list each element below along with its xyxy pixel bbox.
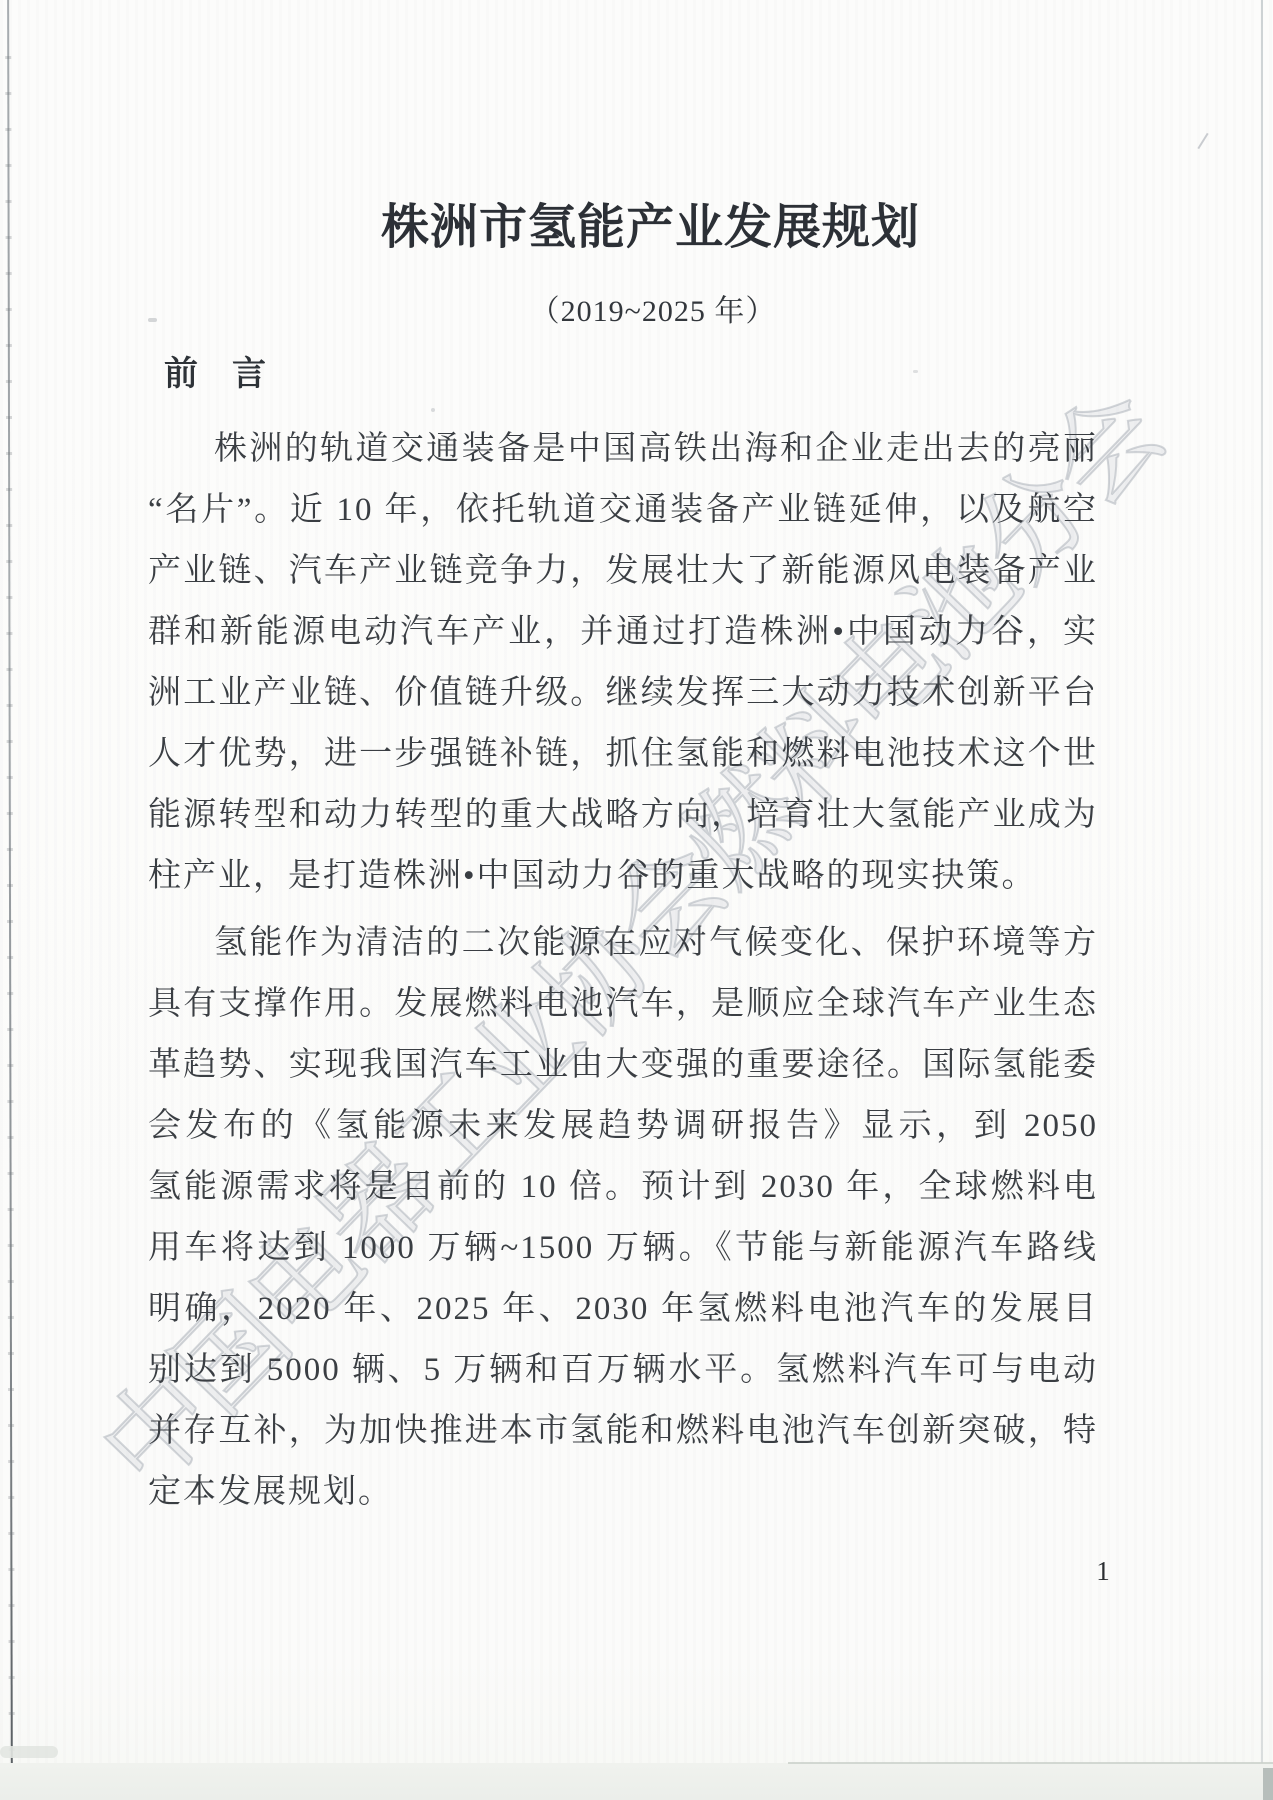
scan-edge-line-left	[7, 0, 13, 1800]
scan-speck	[431, 408, 435, 412]
text-line: 明确，2020 年、2025 年、2030 年氢燃料电池汽车的发展目标分	[148, 1279, 1098, 1340]
scan-speck	[148, 318, 157, 322]
text-line: 用车将达到 1000 万辆~1500 万辆。《节能与新能源汽车路线图》	[148, 1218, 1098, 1279]
scan-tick-mark	[1197, 133, 1208, 149]
text-line: 并存互补，为加快推进本市氢能和燃料电池汽车创新突破，特制	[148, 1401, 1098, 1462]
scan-bottom-left-smudge	[0, 1746, 58, 1758]
text-line: 别达到 5000 辆、5 万辆和百万辆水平。氢燃料汽车可与电动汽车	[148, 1340, 1098, 1401]
page-number: 1	[1088, 1556, 1118, 1587]
scan-edge-line-right	[1261, 0, 1263, 1800]
scan-speck	[913, 370, 918, 373]
text-line: 定本发展规划。	[148, 1462, 1098, 1523]
text-line: 会发布的《氢能源未来发展趋势调研报告》显示，到 2050 年，	[148, 1096, 1098, 1157]
text-line: 氢能作为清洁的二次能源在应对气候变化、保护环境等方面	[148, 913, 1098, 974]
preface-paragraph-1: 株洲的轨道交通装备是中国高铁出海和企业走出去的亮丽“名片”。近 10 年，依托轨…	[148, 419, 1098, 907]
preface-paragraph-2: 氢能作为清洁的二次能源在应对气候变化、保护环境等方面具有支撑作用。发展燃料电池汽…	[148, 913, 1098, 1523]
text-line: 洲工业产业链、价值链升级。继续发挥三大动力技术创新平台与	[148, 663, 1098, 724]
text-line: 人才优势，进一步强链补链，抓住氢能和燃料电池技术这个世界	[148, 724, 1098, 785]
document-content: 株洲市氢能产业发展规划 （2019~2025 年） 前 言 株洲的轨道交通装备是…	[148, 197, 1098, 1523]
scan-bottom-band	[0, 1763, 1273, 1800]
text-line: 株洲的轨道交通装备是中国高铁出海和企业走出去的亮丽	[148, 419, 1098, 480]
text-line: “名片”。近 10 年，依托轨道交通装备产业链延伸，以及航空动力	[148, 480, 1098, 541]
scanned-document-page: 中国电器工业协会燃料电池分会 株洲市氢能产业发展规划 （2019~2025 年）…	[0, 0, 1273, 1800]
text-line: 产业链、汽车产业链竞争力，发展壮大了新能源风电装备产业集	[148, 541, 1098, 602]
text-line: 群和新能源电动汽车产业，并通过打造株洲•中国动力谷，实现株	[148, 602, 1098, 663]
text-line: 柱产业，是打造株洲•中国动力谷的重大战略的现实抉策。	[148, 846, 1098, 907]
scan-bottom-band-line	[788, 1762, 1273, 1764]
text-line: 能源转型和动力转型的重大战略方向，培育壮大氢能产业成为支	[148, 785, 1098, 846]
document-title: 株洲市氢能产业发展规划	[148, 197, 1098, 259]
text-line: 具有支撑作用。发展燃料电池汽车，是顺应全球汽车产业生态变	[148, 974, 1098, 1035]
text-line: 氢能源需求将是目前的 10 倍。预计到 2030 年，全球燃料电池乘	[148, 1157, 1098, 1218]
scan-bottom-right-sliver	[1263, 1768, 1273, 1800]
text-line: 革趋势、实现我国汽车工业由大变强的重要途径。国际氢能委员	[148, 1035, 1098, 1096]
preface-heading: 前 言	[148, 355, 1098, 395]
document-subtitle: （2019~2025 年）	[148, 295, 1098, 329]
